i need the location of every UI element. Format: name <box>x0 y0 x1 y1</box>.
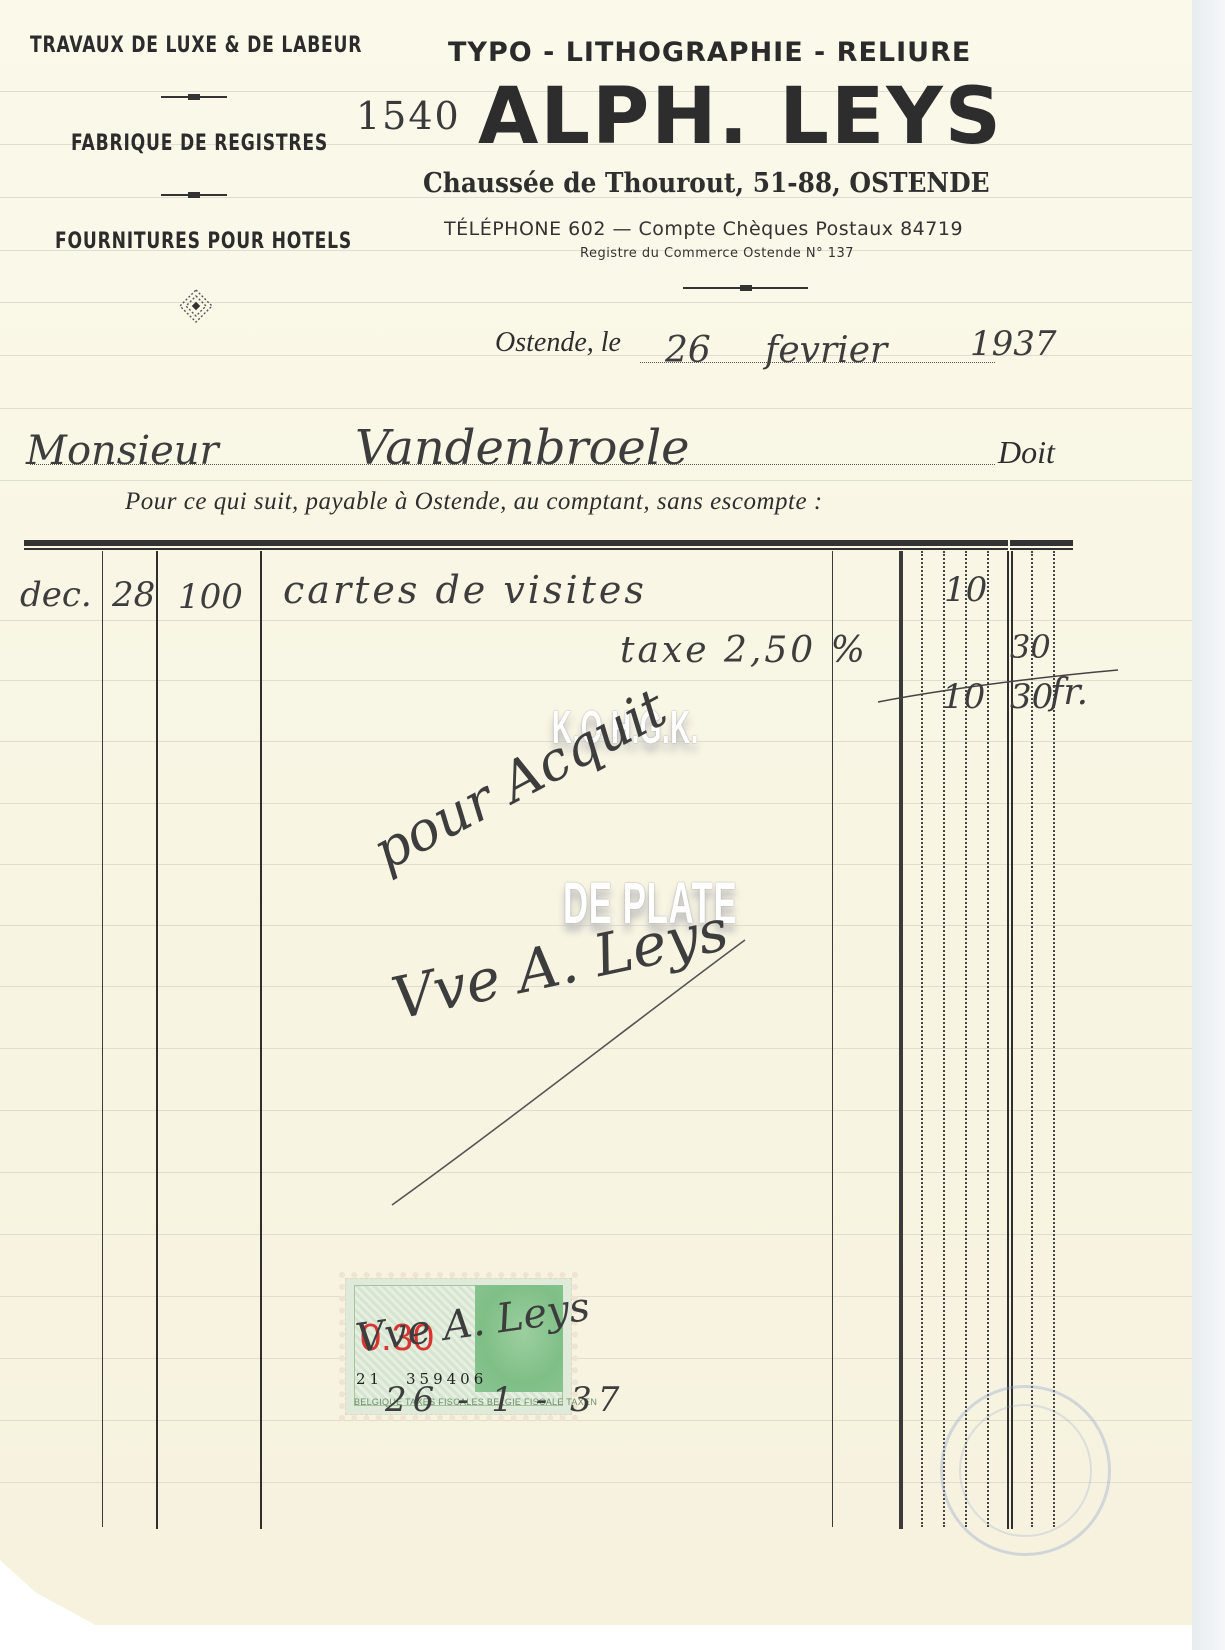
invoice-paper: TRAVAUX DE LUXE & DE LABEUR FABRIQUE DE … <box>0 0 1192 1625</box>
diamond-ornament-icon <box>178 288 214 324</box>
stamp-cancellation-date: 26 - 1 - 37 <box>385 1380 625 1420</box>
stamp-serial-prefix: 21 <box>356 1370 383 1388</box>
doit-label: Doit <box>998 434 1055 471</box>
date-year: 1937 <box>970 324 1057 364</box>
total-centimes: 30 <box>1010 677 1053 717</box>
ornament-divider <box>161 194 227 196</box>
column-divider-day <box>156 551 158 1529</box>
faded-blue-seal <box>940 1385 1111 1556</box>
item-description: cartes de visites <box>283 568 647 612</box>
item-francs: 10 <box>944 570 987 610</box>
company-phone-account: TÉLÉPHONE 602 — Compte Chèques Postaux 8… <box>444 218 963 240</box>
dateline-prefix: Ostende, le <box>495 327 621 359</box>
company-address: Chaussée de Thourout, 51-88, OSTENDE <box>423 168 990 199</box>
ruled-line <box>0 1358 1192 1359</box>
invoice-number-stamp: 1540 <box>356 94 461 138</box>
company-name: ALPH. LEYS <box>478 72 1003 162</box>
addressee-name: Vandenbroele <box>355 420 690 476</box>
payment-terms: Pour ce qui suit, payable à Ostende, au … <box>125 488 823 516</box>
ruled-line <box>0 1234 1192 1235</box>
ruled-line <box>0 864 1192 865</box>
commerce-registry: Registre du Commerce Ostende N° 137 <box>580 246 854 261</box>
ruled-line <box>0 803 1192 804</box>
column-divider-month <box>102 551 103 1527</box>
ornament-divider <box>161 96 227 98</box>
total-currency: fr. <box>1050 672 1088 713</box>
table-header-rule <box>24 540 1008 546</box>
scan-background <box>1192 0 1225 1650</box>
service-luxe-labeur: TRAVAUX DE LUXE & DE LABEUR <box>30 33 362 58</box>
table-header-rule-right-thin <box>1010 548 1073 550</box>
ruled-line <box>0 480 1192 481</box>
signature-flourish <box>390 930 750 1210</box>
service-hotels: FOURNITURES POUR HOTELS <box>55 229 352 254</box>
letterhead-tagline: TYPO - LITHOGRAPHIE - RELIURE <box>448 37 971 68</box>
column-divider-description <box>832 551 833 1527</box>
ruled-line <box>0 620 1192 621</box>
total-francs: 10 <box>942 677 985 717</box>
service-registres: FABRIQUE DE REGISTRES <box>71 131 328 156</box>
acquittal-pour-acquit: pour Acquit <box>362 676 676 883</box>
date-day: 26 <box>665 330 711 371</box>
ruled-line <box>0 408 1192 409</box>
table-header-rule-right <box>1010 540 1073 546</box>
item-day: 28 <box>112 575 155 615</box>
column-divider-quantity <box>260 551 262 1529</box>
item-month: dec. <box>20 575 92 615</box>
ruled-line <box>0 1296 1192 1297</box>
addressee-title: Monsieur <box>26 428 219 474</box>
table-header-rule-thin <box>24 548 1008 550</box>
ornament-divider <box>683 287 808 289</box>
date-month: fevrier <box>765 330 887 371</box>
item-quantity: 100 <box>178 577 243 617</box>
tax-description: taxe 2,50 % <box>620 630 868 671</box>
